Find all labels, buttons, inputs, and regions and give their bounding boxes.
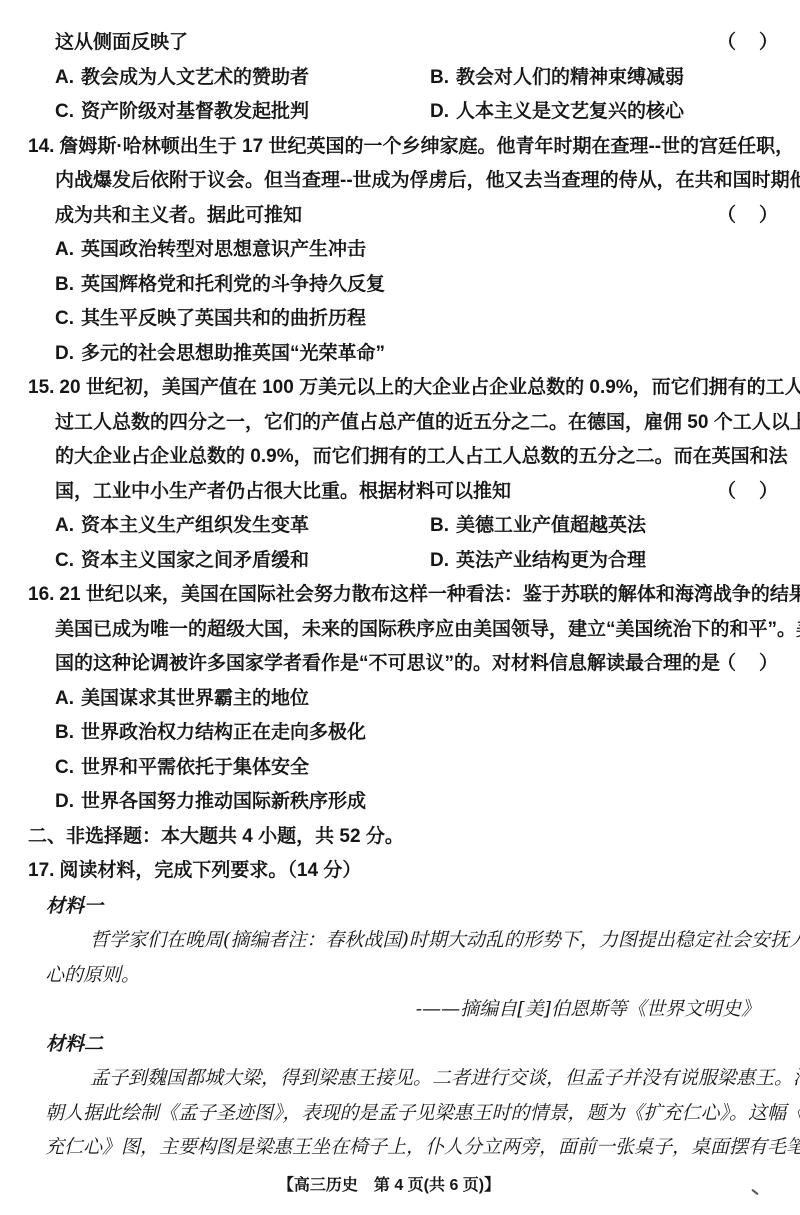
q13-option-b-text: 教会对人们的精神束缚减弱: [456, 67, 684, 88]
q15-option-a-label: A.: [55, 515, 74, 536]
q15-answer-bracket: （ ）: [717, 475, 780, 510]
material1-line-1: 哲学家们在晚周(摘编者注：春秋战国)时期大动乱的形势下，力图提出稳定社会安抚人: [0, 923, 800, 958]
q15-stem-text-1: 20 世纪初，美国产值在 100 万美元以上的大企业占企业总数的 0.9%，而它…: [59, 377, 800, 398]
material2-line-1: 孟子到魏国都城大梁，得到梁惠王接见。二者进行交谈，但孟子并没有说服梁惠王。清: [0, 1061, 800, 1096]
q15-stem-text-3: 的大企业占企业总数的 0.9%，而它们拥有的工人占工人总数的五分之二。而在英国和…: [55, 446, 788, 467]
q16-option-d: D.世界各国努力推动国际新秩序形成: [0, 785, 800, 820]
q16-option-c-text: 世界和平需依托于集体安全: [81, 757, 309, 778]
q14-number: 14.: [28, 136, 54, 157]
q14-option-b-label: B.: [55, 274, 74, 295]
q14-option-b: B.英国辉格党和托利党的斗争持久反复: [0, 268, 800, 303]
q16-option-b-label: B.: [55, 722, 74, 743]
q16-stem-line-2: 美国已成为唯一的超级大国，未来的国际秩序应由美国领导，建立“美国统治下的和平”。…: [0, 613, 800, 648]
page-footer-text: 【高三历史 第 4 页(共 6 页)】: [278, 1177, 500, 1194]
q14-answer-bracket: （ ）: [717, 199, 780, 234]
q15-option-b-label: B.: [430, 515, 449, 536]
q14-stem-text-3: 成为共和主义者。据此可推知: [55, 205, 302, 226]
section2-heading-text: 二、非选择题：本大题共 4 小题，共 52 分。: [28, 826, 404, 847]
material1-attribution: -——摘编自[美]伯恩斯等《世界文明史》: [0, 992, 800, 1027]
material1-attribution-text: -——摘编自[美]伯恩斯等《世界文明史》: [416, 998, 760, 1020]
q16-option-a-label: A.: [55, 688, 74, 709]
q16-number: 16.: [28, 584, 54, 605]
q16-stem-line-3: 国的这种论调被许多国家学者看作是“不可思议”的。对材料信息解读最合理的是 （ ）: [0, 647, 800, 682]
material2-label-text: 材料二: [46, 1033, 103, 1055]
q13-option-c-label: C.: [55, 101, 74, 122]
q14-stem-text-2: 内战爆发后依附于议会。但当查理--世成为俘虏后，他又去当查理的侍从，在共和国时期…: [55, 170, 800, 191]
q16-stem-text-1: 21 世纪以来，美国在国际社会努力散布这样一种看法：鉴于苏联的解体和海湾战争的结…: [59, 584, 800, 605]
q13-stem-tail: 这从侧面反映了: [55, 32, 188, 53]
q15-option-d-text: 英法产业结构更为合理: [456, 550, 646, 571]
q13-option-b: B.教会对人们的精神束缚减弱: [430, 61, 684, 96]
material1-line-2: 心的原则。: [0, 958, 800, 993]
page-footer: 【高三历史 第 4 页(共 6 页)】: [0, 1169, 800, 1204]
q13-option-a-label: A.: [55, 67, 74, 88]
exam-page: 这从侧面反映了 （ ） A.教会成为人文艺术的赞助者 B.教会对人们的精神束缚减…: [0, 0, 800, 1215]
q15-stem-line-3: 的大企业占企业总数的 0.9%，而它们拥有的工人占工人总数的五分之二。而在英国和…: [0, 440, 800, 475]
q15-option-c-label: C.: [55, 550, 74, 571]
q14-option-c-text: 其生平反映了英国共和的曲折历程: [81, 308, 366, 329]
q13-option-b-label: B.: [430, 67, 449, 88]
q16-option-d-text: 世界各国努力推动国际新秩序形成: [81, 791, 366, 812]
q16-option-c: C.世界和平需依托于集体安全: [0, 751, 800, 786]
material1-label: 材料一: [0, 889, 800, 924]
q14-stem-text-1: 詹姆斯·哈林顿出生于 17 世纪英国的一个乡绅家庭。他青年时期在查理--世的宫廷…: [59, 136, 794, 157]
q13-options-row-1: A.教会成为人文艺术的赞助者 B.教会对人们的精神束缚减弱: [0, 61, 800, 96]
q15-option-c-text: 资本主义国家之间矛盾缓和: [81, 550, 309, 571]
q14-stem-line-2: 内战爆发后依附于议会。但当查理--世成为俘虏后，他又去当查理的侍从，在共和国时期…: [0, 164, 800, 199]
q15-option-d-label: D.: [430, 550, 449, 571]
q16-option-b: B.世界政治权力结构正在走向多极化: [0, 716, 800, 751]
q14-option-c: C.其生平反映了英国共和的曲折历程: [0, 302, 800, 337]
q13-option-d-label: D.: [430, 101, 449, 122]
q14-option-d: D.多元的社会思想助推英国“光荣革命”: [0, 337, 800, 372]
q16-option-c-label: C.: [55, 757, 74, 778]
q14-option-c-label: C.: [55, 308, 74, 329]
q15-option-a: A.资本主义生产组织发生变革: [55, 509, 309, 544]
q15-number: 15.: [28, 377, 54, 398]
q15-stem-line-2: 过工人总数的四分之一，它们的产值占总产值的近五分之二。在德国，雇佣 50 个工人…: [0, 406, 800, 441]
material2-label: 材料二: [0, 1027, 800, 1062]
q15-options-row-2: C.资本主义国家之间矛盾缓和 D.英法产业结构更为合理: [0, 544, 800, 579]
q13-stem-tail-line: 这从侧面反映了 （ ）: [0, 26, 800, 61]
q16-stem-text-2: 美国已成为唯一的超级大国，未来的国际秩序应由美国领导，建立“美国统治下的和平”。…: [55, 619, 800, 640]
material1-text-1: 哲学家们在晚周(摘编者注：春秋战国)时期大动乱的形势下，力图提出稳定社会安抚人: [90, 929, 800, 951]
material2-text-1: 孟子到魏国都城大梁，得到梁惠王接见。二者进行交谈，但孟子并没有说服梁惠王。清: [90, 1067, 800, 1089]
q16-option-d-label: D.: [55, 791, 74, 812]
q17-intro-text: 阅读材料，完成下列要求。（14 分）: [59, 860, 361, 881]
q13-option-a-text: 教会成为人文艺术的赞助者: [81, 67, 309, 88]
q13-option-c: C.资产阶级对基督教发起批判: [55, 95, 309, 130]
q14-option-d-text: 多元的社会思想助推英国“光荣革命”: [81, 343, 385, 364]
q16-stem-text-3: 国的这种论调被许多国家学者看作是“不可思议”的。对材料信息解读最合理的是: [55, 653, 720, 674]
q15-option-c: C.资本主义国家之间矛盾缓和: [55, 544, 309, 579]
q13-option-d: D.人本主义是文艺复兴的核心: [430, 95, 684, 130]
q13-option-a: A.教会成为人文艺术的赞助者: [55, 61, 309, 96]
q16-option-a-text: 美国谋求其世界霸主的地位: [81, 688, 309, 709]
q15-stem-line-4: 国，工业中小生产者仍占很大比重。根据材料可以推知 （ ）: [0, 475, 800, 510]
q14-option-a-text: 英国政治转型对思想意识产生冲击: [81, 239, 366, 260]
q15-option-a-text: 资本主义生产组织发生变革: [81, 515, 309, 536]
q15-option-b: B.美德工业产值超越英法: [430, 509, 646, 544]
q15-options-row-1: A.资本主义生产组织发生变革 B.美德工业产值超越英法: [0, 509, 800, 544]
material2-line-2: 朝人据此绘制《孟子圣迹图》，表现的是孟子见梁惠王时的情景，题为《扩充仁心》。这幅…: [0, 1096, 800, 1131]
q13-answer-bracket: （ ）: [717, 26, 780, 61]
q14-stem-line-3: 成为共和主义者。据此可推知 （ ）: [0, 199, 800, 234]
q17-intro-line: 17.阅读材料，完成下列要求。（14 分）: [0, 854, 800, 889]
material2-text-3: 充仁心》图，主要构图是梁惠王坐在椅子上，仆人分立两旁，面前一张桌子，桌面摆有毛笔…: [45, 1136, 800, 1158]
section2-heading: 二、非选择题：本大题共 4 小题，共 52 分。: [0, 820, 800, 855]
q15-stem-text-2: 过工人总数的四分之一，它们的产值占总产值的近五分之二。在德国，雇佣 50 个工人…: [55, 412, 800, 433]
material2-text-2: 朝人据此绘制《孟子圣迹图》，表现的是孟子见梁惠王时的情景，题为《扩充仁心》。这幅…: [45, 1102, 800, 1124]
q14-option-a: A.英国政治转型对思想意识产生冲击: [0, 233, 800, 268]
exam-content: 这从侧面反映了 （ ） A.教会成为人文艺术的赞助者 B.教会对人们的精神束缚减…: [0, 0, 800, 1203]
q16-answer-bracket: （ ）: [717, 647, 780, 682]
q13-options-row-2: C.资产阶级对基督教发起批判 D.人本主义是文艺复兴的核心: [0, 95, 800, 130]
q14-option-a-label: A.: [55, 239, 74, 260]
material2-line-3: 充仁心》图，主要构图是梁惠王坐在椅子上，仆人分立两旁，面前一张桌子，桌面摆有毛笔…: [0, 1130, 800, 1165]
q14-option-d-label: D.: [55, 343, 74, 364]
material1-label-text: 材料一: [46, 895, 103, 917]
q16-stem-line-1: 16.21 世纪以来，美国在国际社会努力散布这样一种看法：鉴于苏联的解体和海湾战…: [0, 578, 800, 613]
q15-stem-line-1: 15.20 世纪初，美国产值在 100 万美元以上的大企业占企业总数的 0.9%…: [0, 371, 800, 406]
q14-option-b-text: 英国辉格党和托利党的斗争持久反复: [81, 274, 385, 295]
q13-option-c-text: 资产阶级对基督教发起批判: [81, 101, 309, 122]
q16-option-b-text: 世界政治权力结构正在走向多极化: [81, 722, 366, 743]
q17-number: 17.: [28, 860, 54, 881]
q15-option-d: D.英法产业结构更为合理: [430, 544, 646, 579]
q15-stem-text-4: 国，工业中小生产者仍占很大比重。根据材料可以推知: [55, 481, 511, 502]
q14-stem-line-1: 14.詹姆斯·哈林顿出生于 17 世纪英国的一个乡绅家庭。他青年时期在查理--世…: [0, 130, 800, 165]
material1-text-2: 心的原则。: [45, 964, 140, 986]
q16-option-a: A.美国谋求其世界霸主的地位: [0, 682, 800, 717]
q13-option-d-text: 人本主义是文艺复兴的核心: [456, 101, 684, 122]
q15-option-b-text: 美德工业产值超越英法: [456, 515, 646, 536]
